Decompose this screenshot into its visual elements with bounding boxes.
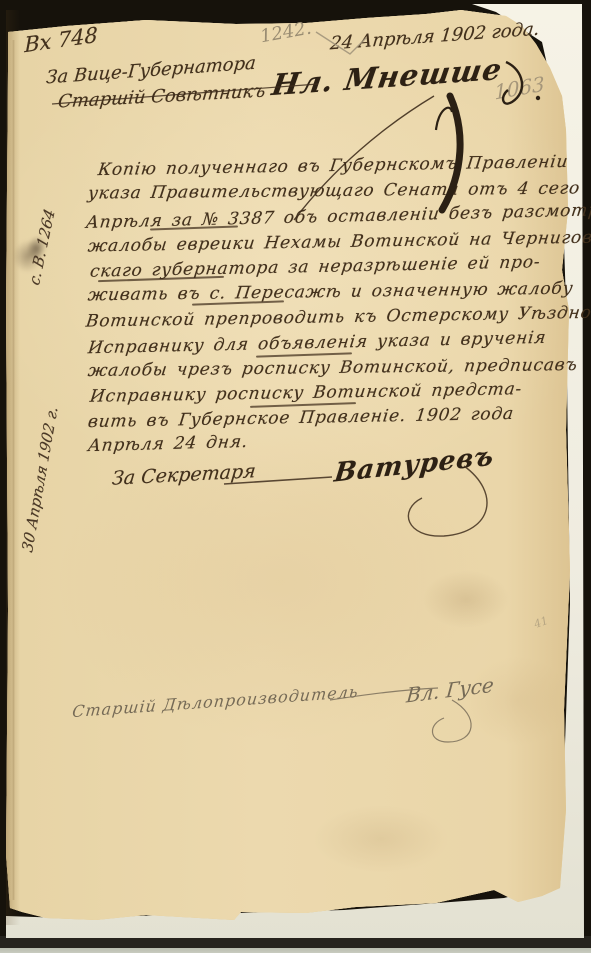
body-line: Апрѣля 24 дня.: [87, 432, 249, 456]
vertical-fold-crease: [12, 40, 15, 900]
scanner-edge-strip: [0, 948, 591, 953]
scanned-manuscript-page: Вх 748 1242. 24 Апрѣля 1902 года. За Виц…: [0, 0, 591, 953]
